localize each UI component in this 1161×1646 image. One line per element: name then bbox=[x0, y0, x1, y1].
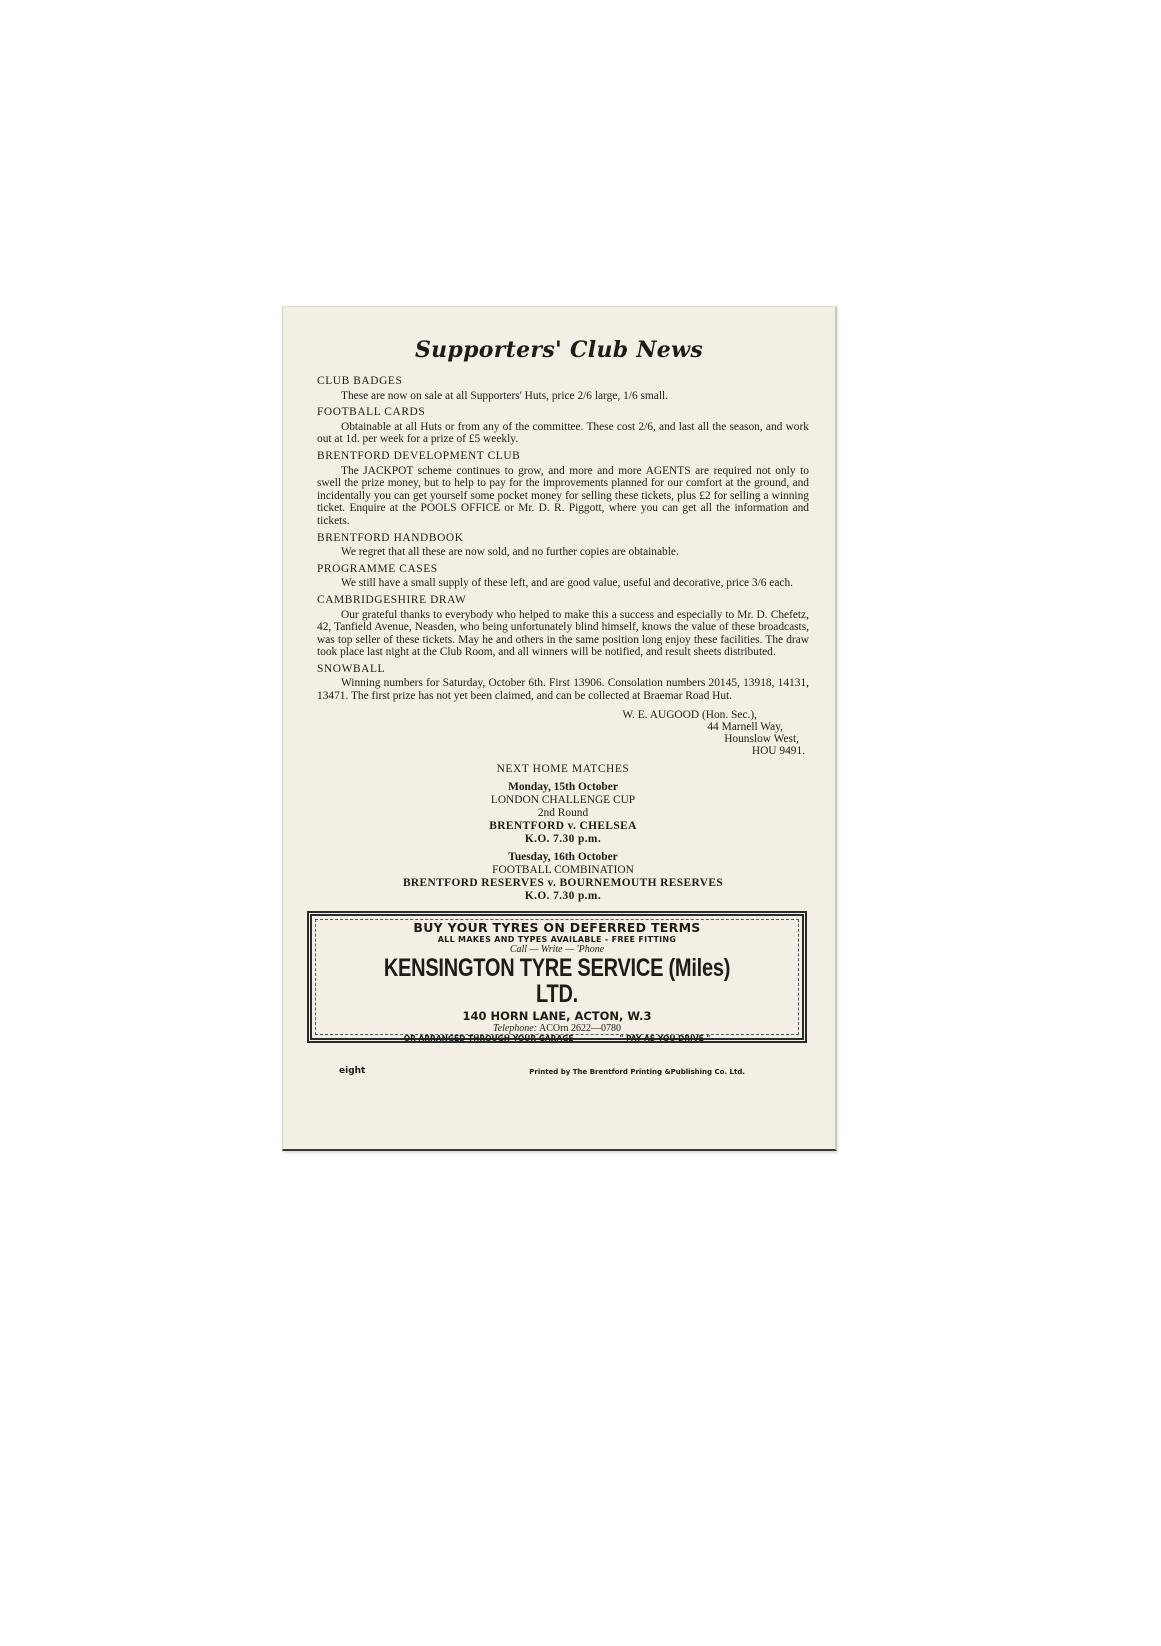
section-club-badges: CLUB BADGES These are now on sale at all… bbox=[317, 375, 809, 402]
section-programme-cases: PROGRAMME CASES We still have a small su… bbox=[317, 563, 809, 590]
section-text: Winning numbers for Saturday, October 6t… bbox=[317, 677, 809, 702]
section-heading: PROGRAMME CASES bbox=[317, 563, 809, 576]
matches-heading: NEXT HOME MATCHES bbox=[317, 763, 809, 776]
match-fixture: BRENTFORD RESERVES v. BOURNEMOUTH RESERV… bbox=[317, 877, 809, 890]
section-heading: CLUB BADGES bbox=[317, 375, 809, 388]
section-heading: BRENTFORD DEVELOPMENT CLUB bbox=[317, 450, 809, 463]
section-text: The JACKPOT scheme continues to grow, an… bbox=[317, 465, 809, 528]
signature-town: Hounslow West, bbox=[317, 733, 805, 745]
signature-block: W. E. AUGOOD (Hon. Sec.), 44 Marnell Way… bbox=[317, 709, 809, 757]
signature-name: W. E. AUGOOD (Hon. Sec.), bbox=[317, 709, 805, 721]
page-title: Supporters' Club News bbox=[283, 337, 835, 363]
section-text: We still have a small supply of these le… bbox=[317, 577, 809, 590]
match-fixture: BRENTFORD v. CHELSEA bbox=[317, 820, 809, 833]
section-heading: CAMBRIDGESHIRE DRAW bbox=[317, 594, 809, 607]
ad-headline: BUY YOUR TYRES ON DEFERRED TERMS bbox=[312, 920, 802, 935]
match-item: Monday, 15th October LONDON CHALLENGE CU… bbox=[317, 781, 809, 845]
section-heading: SNOWBALL bbox=[317, 663, 809, 676]
section-football-cards: FOOTBALL CARDS Obtainable at all Huts or… bbox=[317, 406, 809, 446]
ad-company-name: KENSINGTON TYRE SERVICE (Miles) LTD. bbox=[361, 955, 753, 1007]
signature-phone: HOU 9491. bbox=[317, 745, 805, 757]
section-handbook: BRENTFORD HANDBOOK We regret that all th… bbox=[317, 532, 809, 559]
ad-telephone-number: ACOrn 2622—0780 bbox=[539, 1023, 621, 1034]
match-date: Tuesday, 16th October bbox=[317, 851, 809, 864]
ad-telephone: Telephone: ACOrn 2622—0780 bbox=[312, 1023, 802, 1034]
section-heading: BRENTFORD HANDBOOK bbox=[317, 532, 809, 545]
section-text: Obtainable at all Huts or from any of th… bbox=[317, 421, 809, 446]
section-development-club: BRENTFORD DEVELOPMENT CLUB The JACKPOT s… bbox=[317, 450, 809, 528]
section-snowball: SNOWBALL Winning numbers for Saturday, O… bbox=[317, 663, 809, 703]
ad-subline: ALL MAKES AND TYPES AVAILABLE - FREE FIT… bbox=[312, 935, 802, 944]
match-date: Monday, 15th October bbox=[317, 781, 809, 794]
section-heading: FOOTBALL CARDS bbox=[317, 406, 809, 419]
programme-page: Supporters' Club News CLUB BADGES These … bbox=[282, 306, 837, 1151]
signature-street: 44 Marnell Way, bbox=[317, 721, 805, 733]
ad-bottom-line: OR ARRANGED THROUGH YOUR GARAGE " PAY AS… bbox=[312, 1034, 802, 1043]
section-cambridgeshire-draw: CAMBRIDGESHIRE DRAW Our grateful thanks … bbox=[317, 594, 809, 659]
match-competition: LONDON CHALLENGE CUP bbox=[317, 794, 809, 807]
news-body: CLUB BADGES These are now on sale at all… bbox=[317, 371, 809, 909]
page-number: eight bbox=[339, 1066, 365, 1076]
match-competition: FOOTBALL COMBINATION bbox=[317, 864, 809, 877]
tyre-advertisement: BUY YOUR TYRES ON DEFERRED TERMS ALL MAK… bbox=[307, 911, 807, 1043]
ad-garage: OR ARRANGED THROUGH YOUR GARAGE bbox=[404, 1034, 574, 1043]
printer-credit: Printed by The Brentford Printing &Publi… bbox=[529, 1068, 745, 1076]
section-text: These are now on sale at all Supporters'… bbox=[317, 390, 809, 403]
ad-slogan: " PAY AS YOU DRIVE " bbox=[620, 1034, 711, 1043]
match-kickoff: K.O. 7.30 p.m. bbox=[317, 890, 809, 903]
match-item: Tuesday, 16th October FOOTBALL COMBINATI… bbox=[317, 851, 809, 902]
next-home-matches: NEXT HOME MATCHES Monday, 15th October L… bbox=[317, 763, 809, 903]
section-text: Our grateful thanks to everybody who hel… bbox=[317, 609, 809, 659]
match-kickoff: K.O. 7.30 p.m. bbox=[317, 833, 809, 846]
section-text: We regret that all these are now sold, a… bbox=[317, 546, 809, 559]
ad-telephone-label: Telephone: bbox=[493, 1023, 537, 1034]
ad-address: 140 HORN LANE, ACTON, W.3 bbox=[312, 1009, 802, 1023]
match-round: 2nd Round bbox=[317, 807, 809, 820]
